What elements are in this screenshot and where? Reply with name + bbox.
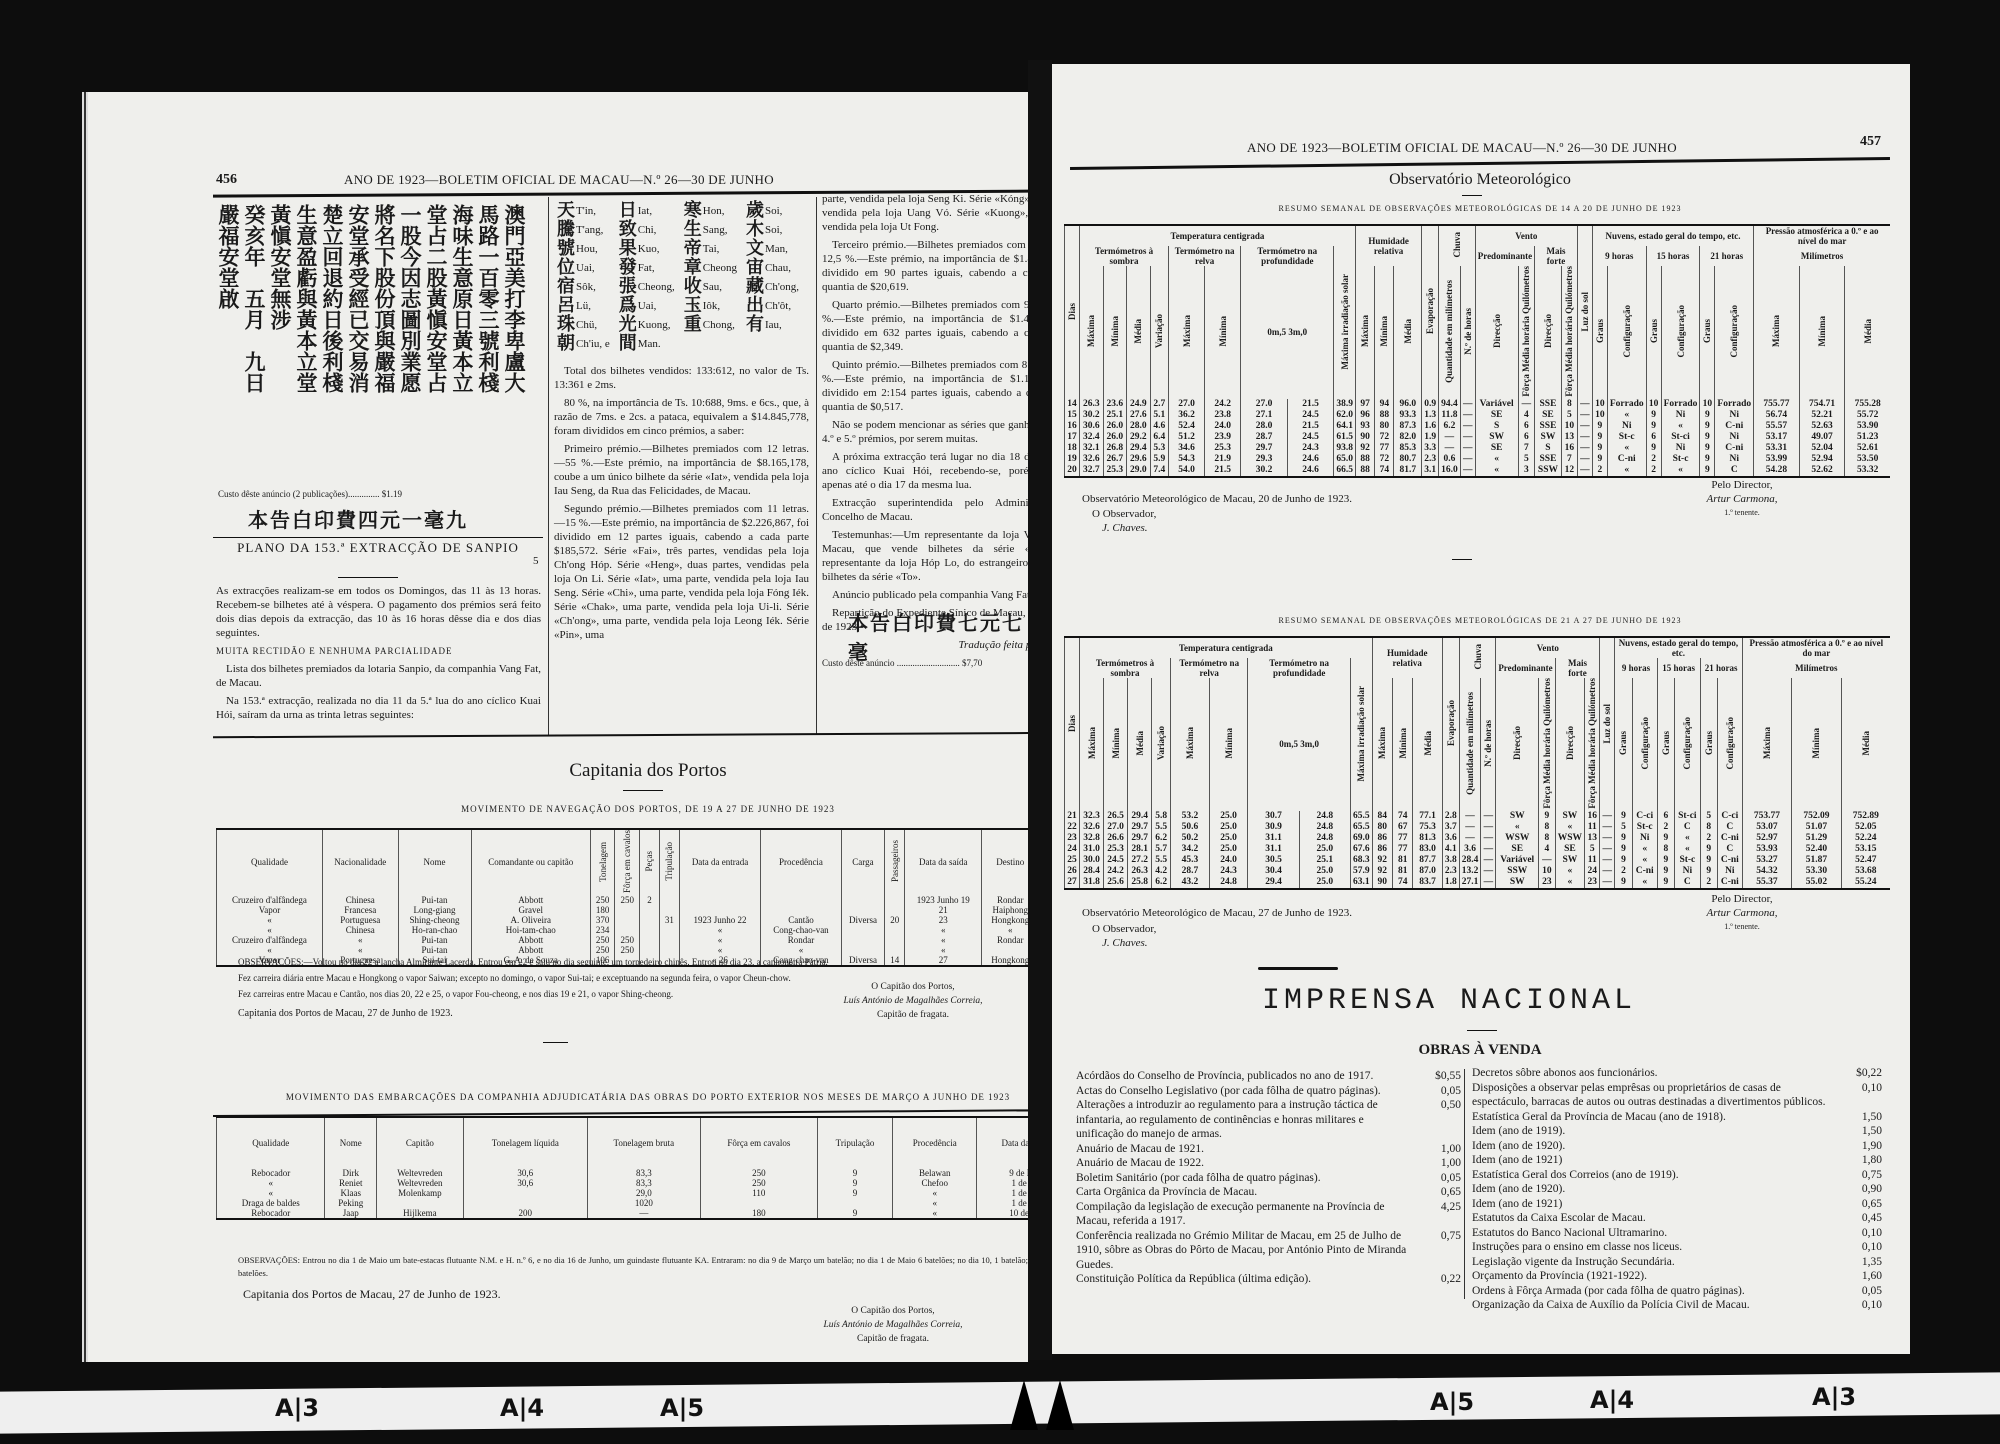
romanization: Hou, xyxy=(576,240,610,259)
center-marker-left xyxy=(1010,1380,1038,1430)
column-header: Destino xyxy=(982,829,1028,895)
table-cell xyxy=(659,895,679,905)
meteo-cell: — xyxy=(1600,833,1615,844)
meteo-cell: 24.3 xyxy=(1209,866,1248,877)
clouds-header: Nuvens, estado geral do tempo, etc. xyxy=(1615,637,1742,658)
meteo-row: 1530.225.127.65.136.223.827.124.562.0968… xyxy=(1065,410,1891,421)
romanization: Lü, xyxy=(576,297,610,316)
table-cell xyxy=(640,935,660,945)
column-header: Data da entrada xyxy=(977,1117,1028,1168)
week2-place-date: Observatório Meteorológico de Macau, 27 … xyxy=(1082,906,1352,920)
table-cell: 110 xyxy=(700,1188,817,1198)
table-row: «KlaasMolenkamp29,01109«1 de Maio xyxy=(217,1188,1029,1198)
column-header: Comandante ou capitão xyxy=(471,829,590,895)
meteo-cell: 30.4 xyxy=(1248,866,1299,877)
column-header: Direcção xyxy=(1496,678,1539,811)
meteo-cell: 65.5 xyxy=(1350,822,1372,833)
header-label: Média xyxy=(1863,319,1873,344)
meteo-cell: 24.0 xyxy=(1205,421,1241,432)
header-label: Máxima xyxy=(1086,315,1096,347)
obras-item: Constituição Política da República (últi… xyxy=(1076,1272,1461,1287)
table-cell: Vapor xyxy=(217,905,323,915)
table-cell: « xyxy=(982,925,1028,935)
meteo-cell: — xyxy=(1600,866,1615,877)
week1-director: Pelo Director, Artur Carmona, 1.º tenent… xyxy=(1682,478,1802,520)
obras-item: Anuário de Macau de 1922.1,00 xyxy=(1076,1156,1461,1171)
table-row: «ChinesaHo-ran-chaoHoi-tam-chao234«Cong-… xyxy=(217,925,1029,935)
header-label: Direcção xyxy=(1565,726,1575,760)
meteo-cell: 52.97 xyxy=(1742,833,1792,844)
column-header: Mínima xyxy=(1104,678,1128,811)
capitania-subtitle: MOVIMENTO DE NAVEGAÇÃO DOS PORTOS, DE 19… xyxy=(213,804,1028,814)
column-header: Tripulação xyxy=(659,829,679,895)
header-label: Carga xyxy=(852,857,873,867)
obras-price: 1,00 xyxy=(1419,1142,1461,1157)
notice-column: 將名下股份頂與嚴福 xyxy=(372,204,395,494)
meteo-cell: SE xyxy=(1475,443,1518,454)
column-divider xyxy=(816,197,817,735)
header-label: Média xyxy=(1133,319,1143,344)
column-header: Mínima xyxy=(1209,678,1248,811)
meteo-cell: SE xyxy=(1535,410,1562,421)
table-cell: « xyxy=(679,935,761,945)
meteo-cell: 2 xyxy=(1646,454,1661,465)
meteo-cell: C xyxy=(1675,822,1700,833)
meteo-cell: 88 xyxy=(1355,454,1374,465)
column-header: Variação xyxy=(1152,678,1171,811)
header-label: 15 horas xyxy=(1662,663,1695,673)
obras-price: 0,10 xyxy=(1840,1240,1882,1255)
table-cell: 10 de Maio xyxy=(977,1208,1028,1219)
meteo-cell: — xyxy=(1577,443,1592,454)
meteo-cell: 22 xyxy=(1065,822,1080,833)
wind-header: Vento xyxy=(1475,225,1577,246)
section-rule xyxy=(213,732,1028,739)
column-header: Fôrça em cavalos xyxy=(615,829,640,895)
meteo-cell: — xyxy=(1481,811,1496,822)
obras-title: Anuário de Macau de 1921. xyxy=(1076,1142,1419,1157)
meteo-cell: 9 xyxy=(1615,844,1632,855)
meteo-cell: — xyxy=(1600,811,1615,822)
meteo-cell: 32.4 xyxy=(1080,432,1104,443)
header-label: Fôrça Média horária Quilómetros xyxy=(1521,266,1531,397)
meteo-cell: 53.50 xyxy=(1845,454,1890,465)
column-header: Data da saída xyxy=(905,829,982,895)
header-label: 15 horas xyxy=(1657,251,1690,261)
observer-label: O Observador, xyxy=(1092,922,1156,936)
table-cell: Diversa xyxy=(841,915,885,925)
meteo-cell: 29.4 xyxy=(1128,811,1152,822)
meteo-cell: « xyxy=(1496,822,1539,833)
meteo-cell: 20 xyxy=(1065,465,1080,477)
romanization: Chü, xyxy=(576,316,610,335)
meteo-cell: 752.89 xyxy=(1841,811,1890,822)
meteo-cell: 77 xyxy=(1375,443,1394,454)
meteo-cell: « xyxy=(1675,844,1700,855)
obras-title: Estatutos do Banco Nacional Ultramarino. xyxy=(1472,1226,1840,1241)
meteo-cell: 83.0 xyxy=(1413,844,1442,855)
week1-observer: O Observador, J. Chaves. xyxy=(1092,507,1156,535)
meteo-cell: C xyxy=(1718,844,1743,855)
meteo-cell: — xyxy=(1460,421,1475,432)
table-cell xyxy=(761,895,841,905)
meteo-cell: — xyxy=(1460,443,1475,454)
rain-header: Chuva xyxy=(1459,637,1496,678)
meteo-cell: — xyxy=(1460,454,1475,465)
meteo-cell: — xyxy=(1481,866,1496,877)
meteo-cell: — xyxy=(1577,465,1592,477)
meteo-cell: 26.3 xyxy=(1080,399,1104,410)
meteo-cell: 29.7 xyxy=(1128,833,1152,844)
meteo-cell: 72 xyxy=(1375,432,1394,443)
meteo-cell: 25.3 xyxy=(1104,844,1128,855)
meteo-cell: 9 xyxy=(1700,844,1717,855)
meteo-cell: 15 xyxy=(1065,410,1080,421)
letter-romanization: Iat,Chi,Kuo,Fat,Cheong,Uai,Kuong,Man. xyxy=(638,200,675,360)
meteo-cell: SW xyxy=(1496,811,1539,822)
column-header: Máxima irradiação solar xyxy=(1334,246,1356,399)
header-label: Mínima xyxy=(1817,316,1827,347)
column-header: Carga xyxy=(841,829,885,895)
meteo-cell: 9 xyxy=(1700,432,1715,443)
meteo-cell: 53.30 xyxy=(1792,866,1842,877)
table-cell xyxy=(700,1198,817,1208)
header-label: Procedência xyxy=(779,857,823,867)
meteo-cell: 23 xyxy=(1065,833,1080,844)
meteo-row: 1932.626.729.65.954.321.929.324.665.0887… xyxy=(1065,454,1891,465)
meteo-cell: 755.77 xyxy=(1754,399,1800,410)
table-cell: « xyxy=(905,935,982,945)
table-cell: 1 de Maio xyxy=(977,1198,1028,1208)
lottery-published: Anúncio publicado pela companhia Vang Fa… xyxy=(822,588,1028,602)
header-label: Máxima xyxy=(1762,727,1772,759)
header-label: Termómetros à sombra xyxy=(1096,658,1154,678)
header-label: Vento xyxy=(1515,231,1537,241)
meteo-cell: St-c xyxy=(1607,432,1646,443)
meteo-row: 2530.024.527.25.545.324.030.525.168.3928… xyxy=(1065,855,1891,866)
meteo-cell: 27.1 xyxy=(1459,877,1481,889)
meteo-cell: 29.2 xyxy=(1127,432,1151,443)
romanization: Chau, xyxy=(765,259,799,278)
meteo-cell: 64.1 xyxy=(1334,421,1356,432)
meteo-cell: 21.5 xyxy=(1205,465,1241,477)
meteo-cell: 82.0 xyxy=(1394,432,1422,443)
meteo-cell: 53.17 xyxy=(1754,432,1800,443)
table-cell: 250 xyxy=(615,895,640,905)
meteo-cell: 755.28 xyxy=(1845,399,1890,410)
meteo-cell: — xyxy=(1577,421,1592,432)
imprensa-title: IMPRENSA NACIONAL xyxy=(1262,984,1636,1018)
meteo-row: 1426.323.624.92.727.024.227.021.538.9979… xyxy=(1065,399,1891,410)
meteo-cell: 97 xyxy=(1355,399,1374,410)
film-target-label: A|3 xyxy=(275,1394,319,1422)
meteo-cell: St-c xyxy=(1661,454,1700,465)
dias-header: Dias xyxy=(1065,225,1080,399)
obras-observations: OBSERVAÇÕES: Entrou no dia 1 de Maio um … xyxy=(238,1254,1028,1280)
column-header: Configuração xyxy=(1661,266,1700,399)
meteo-cell: Ni xyxy=(1607,421,1646,432)
meteo-cell: 7.4 xyxy=(1150,465,1168,477)
meteo-cell: 25.3 xyxy=(1205,443,1241,454)
meteo-cell: 53.07 xyxy=(1742,822,1792,833)
table-cell: Abbott xyxy=(471,895,590,905)
obras-title: Acórdãos do Conselho de Província, publi… xyxy=(1076,1069,1419,1084)
obras-item: Estatutos da Caixa Escolar de Macau.0,45 xyxy=(1472,1211,1882,1226)
pressure-header: Pressão atmosférica a 0.º e ao nível do … xyxy=(1754,225,1890,246)
header-label: Mais forte xyxy=(1568,658,1587,678)
meteo-cell: 52.40 xyxy=(1792,844,1842,855)
romanization: Iau, xyxy=(765,316,799,335)
meteo-cell: C-ci xyxy=(1632,811,1657,822)
meteo-cell: 11 xyxy=(1585,855,1600,866)
signature-name: Luís António de Magalhães Correia, xyxy=(788,994,1028,1008)
table-cell xyxy=(841,895,885,905)
header-label: Dias xyxy=(1067,715,1077,732)
obras-title: Conferência realizada no Grémio Militar … xyxy=(1076,1229,1419,1273)
column-header: Média xyxy=(1841,678,1890,811)
column-header: Graus xyxy=(1615,678,1632,811)
meteo-cell: 86 xyxy=(1372,833,1392,844)
header-label: Graus xyxy=(1649,319,1659,343)
obras-item: Idem (ano de 1919).1,50 xyxy=(1472,1124,1882,1139)
header-label: Predominante xyxy=(1478,251,1532,261)
header-label: Máxima xyxy=(1185,727,1195,759)
meteo-cell: — xyxy=(1459,833,1481,844)
meteo-cell: Variável xyxy=(1475,399,1518,410)
column-header: Fôrça Média horária Quilómetros xyxy=(1518,266,1535,399)
meteo-cell: 6 xyxy=(1518,432,1535,443)
meteo-cell: 28.7 xyxy=(1241,432,1288,443)
meteo-cell: 25.6 xyxy=(1104,877,1128,889)
header-label: Evaporação xyxy=(1425,288,1435,334)
notice-column: 馬路一百零三號利棧 xyxy=(476,204,499,494)
header-label: Nuvens, estado geral do tempo, etc. xyxy=(1619,638,1739,658)
table-row: Draga de baldesPeking1020«1 de Maio xyxy=(217,1198,1029,1208)
column-header: 21 horas xyxy=(1700,246,1754,266)
obras-price: 0,45 xyxy=(1840,1211,1882,1226)
meteo-cell: 53.31 xyxy=(1754,443,1800,454)
meteo-cell: 0.9 xyxy=(1422,399,1439,410)
column-header: Nacionalidade xyxy=(322,829,398,895)
meteo-cell: 24.6 xyxy=(1287,454,1334,465)
table-cell: « xyxy=(217,1188,325,1198)
meteo-cell: 57.9 xyxy=(1350,866,1372,877)
column-header: Variação xyxy=(1150,266,1168,399)
meteo-cell: 56.74 xyxy=(1754,410,1800,421)
table-cell: Weltevreden xyxy=(377,1178,464,1188)
header-label: Humidade relativa xyxy=(1368,236,1409,256)
table-cell: 250 xyxy=(590,895,615,905)
meteo-cell: « xyxy=(1555,877,1585,889)
meteo-cell: 29.3 xyxy=(1241,454,1288,465)
header-label: Graus xyxy=(1618,731,1628,755)
sunlight-header: Luz do sol xyxy=(1600,637,1615,811)
obras-price: $0,22 xyxy=(1840,1066,1882,1081)
obras-subtitle: MOVIMENTO DAS EMBARCAÇÕES DA COMPANHIA A… xyxy=(213,1092,1028,1102)
running-head: ANO DE 1923—BOLETIM OFICIAL DE MACAU—N.º… xyxy=(1247,140,1677,156)
column-header: Milímetros xyxy=(1742,658,1890,678)
meteo-cell: 9 xyxy=(1700,421,1715,432)
meteo-cell: 9 xyxy=(1657,866,1674,877)
meteo-cell: 8 xyxy=(1539,833,1556,844)
meteo-cell: 61.5 xyxy=(1334,432,1356,443)
header-label: Máxima irradiação solar xyxy=(1340,274,1350,369)
film-target-label: A|3 xyxy=(1812,1383,1856,1411)
meteo-cell: — xyxy=(1460,410,1475,421)
romanization: Man, xyxy=(765,240,799,259)
notice-cost: Custo dêste anúncio (2 publicações).....… xyxy=(218,487,508,501)
table-row: «RenietWeltevreden30,683,32509Chefoo1 de… xyxy=(217,1178,1029,1188)
meteo-cell: 31.1 xyxy=(1248,833,1299,844)
header-label: N.º de horas xyxy=(1463,308,1473,355)
meteo-cell: Ni xyxy=(1715,432,1754,443)
capitania-signature: O Capitão dos Portos, Luís António de Ma… xyxy=(788,980,1028,1022)
director-rank: 1.º tenente. xyxy=(1682,920,1802,934)
obras-price: 0,05 xyxy=(1419,1084,1461,1099)
obras-item: Carta Orgânica da Província de Macau.0,6… xyxy=(1076,1185,1461,1200)
column-header: Qualidade xyxy=(217,1117,325,1168)
header-label: Termómetros à sombra xyxy=(1095,246,1153,266)
meteo-cell: 54.3 xyxy=(1169,454,1205,465)
obras-price: 0,65 xyxy=(1840,1197,1882,1212)
column-header: 9 horas xyxy=(1615,658,1657,678)
column-header: Predominante xyxy=(1496,658,1555,678)
column-header: Data da entrada xyxy=(679,829,761,895)
header-label: Quantidade em milímetros xyxy=(1465,692,1475,795)
table-cell: 83,3 xyxy=(587,1178,700,1188)
observation-line: OBSERVAÇÕES:—Voltou no dia 22 a lancha A… xyxy=(238,954,1028,970)
table-cell: Hoi-tam-chao xyxy=(471,925,590,935)
meteo-cell: 54.32 xyxy=(1742,866,1792,877)
meteo-cell: 17 xyxy=(1065,432,1080,443)
table-cell: 1 de Maio xyxy=(977,1178,1028,1188)
header-label: 0m,5 3m,0 xyxy=(1279,739,1319,749)
column-header: Predominante xyxy=(1475,246,1534,266)
header-label: Dias xyxy=(1067,303,1077,320)
meteo-cell: — xyxy=(1481,822,1496,833)
notice-column: 澳門亞美打李卑盧大 xyxy=(502,204,525,494)
meteo-cell: 5 xyxy=(1615,822,1632,833)
meteo-cell: 5.1 xyxy=(1150,410,1168,421)
meteo-cell: 3.6 xyxy=(1442,833,1459,844)
table-cell: 20 xyxy=(885,915,905,925)
romanization: Iat, xyxy=(638,202,675,221)
table-cell: 23 xyxy=(905,915,982,925)
meteo-cell: C-ni xyxy=(1718,833,1743,844)
table-cell: 200 xyxy=(463,1208,587,1219)
column-header: Capitão xyxy=(377,1117,464,1168)
header-label: Luz do sol xyxy=(1580,292,1590,332)
meteo-cell: 43.2 xyxy=(1171,877,1210,889)
table-cell: Chinesa xyxy=(322,925,398,935)
header-label: Milímetros xyxy=(1801,251,1843,261)
meteo-cell: 96 xyxy=(1355,410,1374,421)
page-number: 457 xyxy=(1860,134,1881,150)
meteo-cell: 23 xyxy=(1539,877,1556,889)
meteo-cell: SSE xyxy=(1535,454,1562,465)
column-header: Média xyxy=(1128,678,1152,811)
header-label: Termómetro na relva xyxy=(1175,246,1235,266)
lottery-first-prize: Primeiro prémio.—Bilhetes premiados com … xyxy=(554,442,809,498)
meteo-cell: SW xyxy=(1475,432,1518,443)
meteo-cell: « xyxy=(1632,844,1657,855)
meteo-cell: — xyxy=(1439,443,1461,454)
meteo-cell: S xyxy=(1475,421,1518,432)
table-cell: « xyxy=(322,935,398,945)
meteo-cell: 30.5 xyxy=(1248,855,1299,866)
header-label: Fôrça Média horária Quilómetros xyxy=(1587,678,1597,809)
meteo-cell: 55.02 xyxy=(1792,877,1842,889)
meteo-cell: 24.5 xyxy=(1287,410,1334,421)
meteo-cell: 96.0 xyxy=(1394,399,1422,410)
header-label: Termómetro na profundidade xyxy=(1269,658,1329,678)
meteo-cell: 77 xyxy=(1393,844,1413,855)
column-header: Termómetro na profundidade xyxy=(1248,658,1351,678)
meteo-cell: 84 xyxy=(1372,811,1392,822)
table-cell xyxy=(615,915,640,925)
header-label: Máxima xyxy=(1377,727,1387,759)
meteo-cell: 9 xyxy=(1700,454,1715,465)
lottery-second-prize: Segundo prémio.—Bilhetes premiados com 1… xyxy=(554,502,809,642)
meteo-cell: SE xyxy=(1496,844,1539,855)
table-cell xyxy=(463,1198,587,1208)
meteo-cell: 34.2 xyxy=(1171,844,1210,855)
meteo-cell: C-ni xyxy=(1718,877,1743,889)
meteo-cell: 3.6 xyxy=(1459,844,1481,855)
film-target-label: A|5 xyxy=(660,1394,704,1422)
meteo-cell: — xyxy=(1439,432,1461,443)
meteo-cell: 2 xyxy=(1592,465,1607,477)
meteo-cell: 54.28 xyxy=(1754,465,1800,477)
column-header: Máxima xyxy=(1080,678,1104,811)
obras-title: Idem (ano de 1919). xyxy=(1472,1124,1840,1139)
meteo-cell: 10 xyxy=(1561,421,1577,432)
meteo-cell: 77 xyxy=(1393,833,1413,844)
header-label: Graus xyxy=(1595,319,1605,343)
meteo-cell: — xyxy=(1539,855,1556,866)
header-label: Nome xyxy=(424,857,446,867)
meteo-cell: 1.6 xyxy=(1422,421,1439,432)
meteo-cell: 8 xyxy=(1561,399,1577,410)
table-cell xyxy=(885,905,905,915)
director-rank: 1.º tenente. xyxy=(1682,506,1802,520)
meteo-cell: « xyxy=(1661,465,1700,477)
lottery-witness: Testemunhas:—Um representante da loja Ve… xyxy=(822,528,1028,584)
meteo-cell: 55.24 xyxy=(1841,877,1890,889)
table-cell: 370 xyxy=(590,915,615,925)
divider xyxy=(623,790,663,791)
lottery-cjk-cost: 本告白印費七元七毫 xyxy=(848,607,1028,665)
column-header: Máxima xyxy=(1355,266,1374,399)
romanization: Kuo, xyxy=(638,240,675,259)
header-label: Termómetro na relva xyxy=(1179,658,1239,678)
lottery-fourth-prize: Quarto prémio.—Bilhetes premiados com 9 … xyxy=(822,298,1028,354)
obras-place-date: Capitania dos Portos de Macau, 27 de Jun… xyxy=(243,1287,501,1301)
meteo-cell: — xyxy=(1577,432,1592,443)
table-cell: 9 xyxy=(817,1208,892,1219)
column-header: Graus xyxy=(1700,678,1717,811)
meteo-cell: 52.4 xyxy=(1169,421,1205,432)
header-label: Fôrça Média horária Quilómetros xyxy=(1542,678,1552,809)
table-cell: Reniet xyxy=(325,1178,377,1188)
table-cell: Hongkong xyxy=(982,915,1028,925)
table-cell: 83,3 xyxy=(587,1168,700,1178)
meteo-cell: « xyxy=(1661,421,1700,432)
meteo-row: 2132.326.529.45.853.225.030.724.865.5847… xyxy=(1065,811,1891,822)
table-cell: A. Oliveira xyxy=(471,915,590,925)
obras-title: Estatística Geral dos Correios (ano de 1… xyxy=(1472,1168,1840,1183)
column-header: Procedência xyxy=(761,829,841,895)
